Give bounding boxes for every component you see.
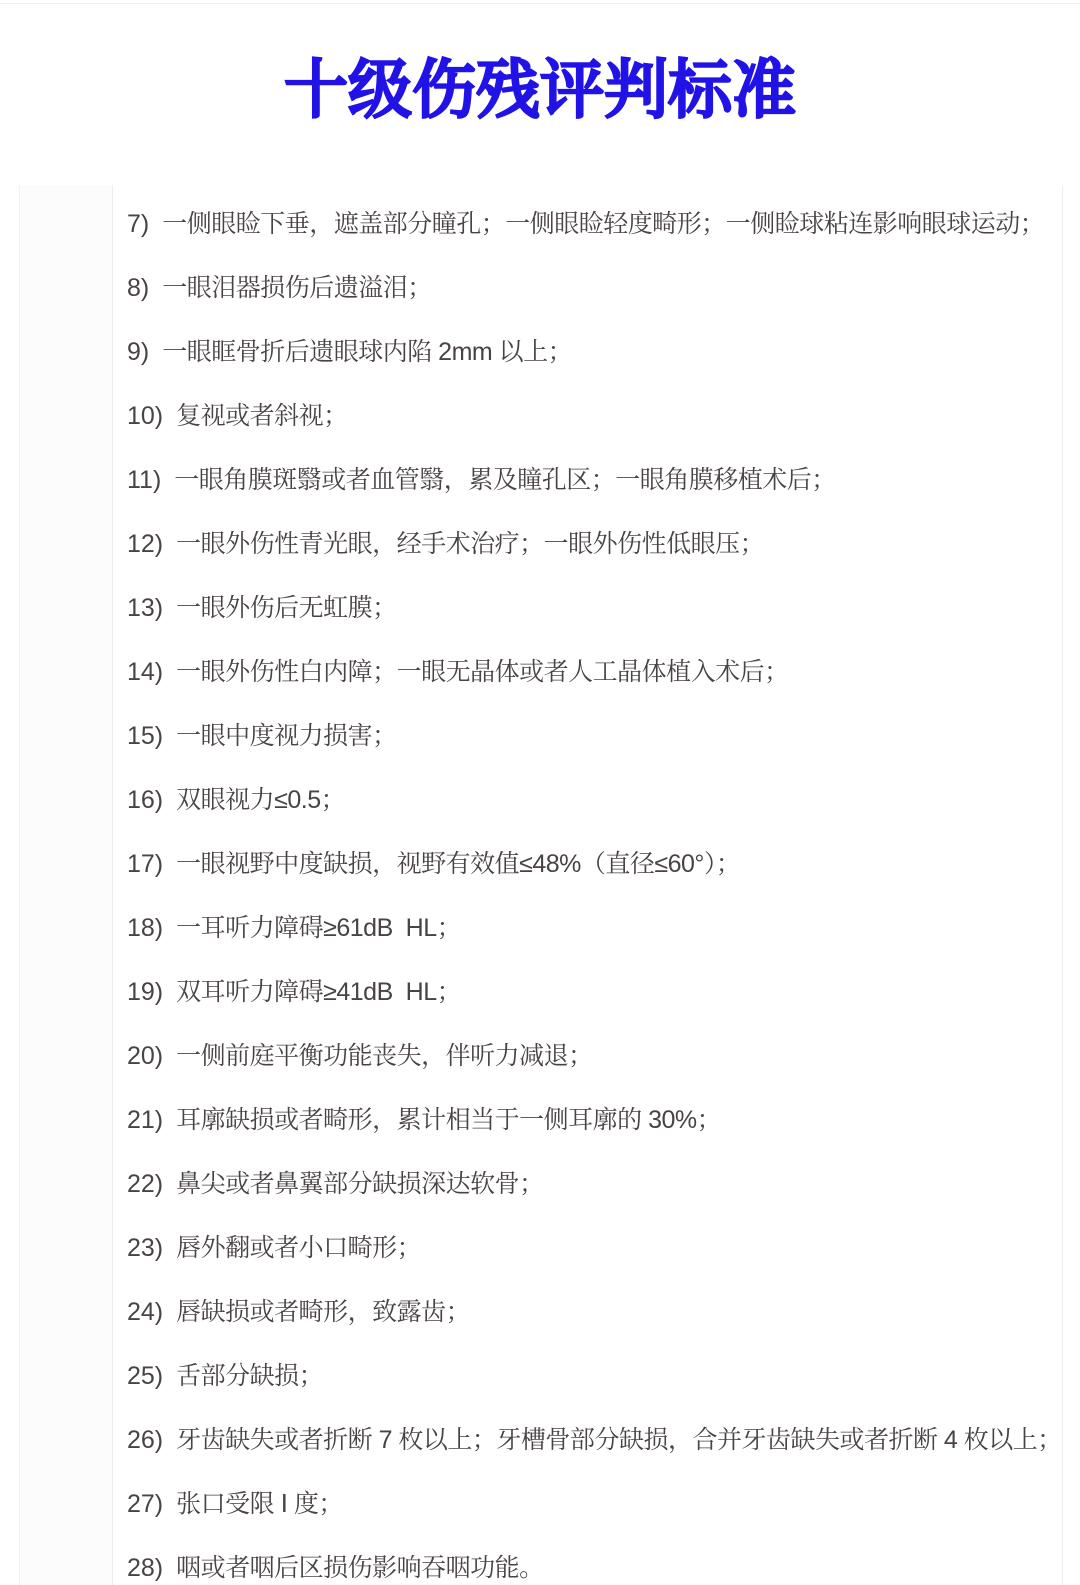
item-number: 9) (127, 337, 149, 367)
criteria-list-item: 28) 咽或者咽后区损伤影响吞咽功能。 (127, 1553, 1062, 1583)
criteria-list-item: 15) 一眼中度视力损害； (127, 721, 1062, 751)
item-text: 一眼视野中度缺损，视野有效值≤48%（直径≤60°）； (176, 849, 740, 879)
item-text: 一侧前庭平衡功能丧失，伴听力减退； (176, 1041, 593, 1071)
item-number: 11) (127, 465, 161, 495)
item-number: 10) (127, 401, 163, 431)
item-text: 咽或者咽后区损伤影响吞咽功能。 (176, 1553, 544, 1583)
item-number: 15) (127, 721, 163, 751)
item-number: 28) (127, 1553, 163, 1583)
item-number: 8) (127, 273, 149, 303)
item-text: 一眼中度视力损害； (176, 721, 397, 751)
item-number: 27) (127, 1489, 163, 1519)
item-text: 唇缺损或者畸形，致露齿； (176, 1297, 470, 1327)
item-number: 20) (127, 1041, 163, 1071)
item-text: 唇外翻或者小口畸形； (176, 1233, 421, 1263)
item-number: 23) (127, 1233, 163, 1263)
item-text: 耳廓缺损或者畸形，累计相当于一侧耳廓的 30%； (176, 1105, 721, 1135)
item-text: 一眼角膜斑翳或者血管翳，累及瞳孔区；一眼角膜移植术后； (174, 465, 836, 495)
criteria-list-item: 12) 一眼外伤性青光眼，经手术治疗；一眼外伤性低眼压； (127, 529, 1062, 559)
item-number: 21) (127, 1105, 163, 1135)
item-number: 19) (127, 977, 163, 1007)
criteria-list-item: 13) 一眼外伤后无虹膜； (127, 593, 1062, 623)
item-text: 一耳听力障碍≥61dB HL； (176, 913, 461, 943)
item-text: 一眼外伤性白内障；一眼无晶体或者人工晶体植入术后； (176, 657, 789, 687)
criteria-list-item: 11) 一眼角膜斑翳或者血管翳，累及瞳孔区；一眼角膜移植术后； (127, 465, 1062, 495)
item-text: 一眼外伤后无虹膜； (176, 593, 397, 623)
criteria-list-item: 20) 一侧前庭平衡功能丧失，伴听力减退； (127, 1041, 1062, 1071)
criteria-list-item: 27) 张口受限 Ⅰ 度； (127, 1489, 1062, 1519)
item-number: 18) (127, 913, 163, 943)
item-number: 24) (127, 1297, 163, 1327)
criteria-list-item: 22) 鼻尖或者鼻翼部分缺损深达软骨； (127, 1169, 1062, 1199)
item-text: 一侧眼睑下垂，遮盖部分瞳孔；一侧眼睑轻度畸形；一侧睑球粘连影响眼球运动； (162, 209, 1044, 239)
criteria-list-item: 25) 舌部分缺损； (127, 1361, 1062, 1391)
item-number: 14) (127, 657, 163, 687)
item-text: 张口受限 Ⅰ 度； (176, 1489, 343, 1519)
criteria-list-item: 19) 双耳听力障碍≥41dB HL； (127, 977, 1062, 1007)
item-number: 7) (127, 209, 149, 239)
item-number: 25) (127, 1361, 163, 1391)
item-text: 一眼外伤性青光眼，经手术治疗；一眼外伤性低眼压； (176, 529, 764, 559)
item-number: 16) (127, 785, 163, 815)
criteria-list-item: 7) 一侧眼睑下垂，遮盖部分瞳孔；一侧眼睑轻度畸形；一侧睑球粘连影响眼球运动； (127, 209, 1062, 239)
criteria-list-item: 24) 唇缺损或者畸形，致露齿； (127, 1297, 1062, 1327)
content-area: 7) 一侧眼睑下垂，遮盖部分瞳孔；一侧眼睑轻度畸形；一侧睑球粘连影响眼球运动； … (0, 185, 1080, 1585)
item-text: 牙齿缺失或者折断 7 枚以上；牙槽骨部分缺损，合并牙齿缺失或者折断 4 枚以上； (176, 1425, 1062, 1455)
criteria-list-item: 16) 双眼视力≤0.5； (127, 785, 1062, 815)
criteria-list-item: 26) 牙齿缺失或者折断 7 枚以上；牙槽骨部分缺损，合并牙齿缺失或者折断 4 … (127, 1425, 1062, 1455)
left-gutter (19, 185, 112, 1585)
item-text: 鼻尖或者鼻翼部分缺损深达软骨； (176, 1169, 544, 1199)
item-number: 12) (127, 529, 163, 559)
item-text: 双耳听力障碍≥41dB HL； (176, 977, 461, 1007)
item-text: 复视或者斜视； (176, 401, 348, 431)
item-text: 舌部分缺损； (176, 1361, 323, 1391)
criteria-list-item: 9) 一眼眶骨折后遗眼球内陷 2mm 以上； (127, 337, 1062, 367)
item-number: 17) (127, 849, 163, 879)
criteria-list-item: 17) 一眼视野中度缺损，视野有效值≤48%（直径≤60°）； (127, 849, 1062, 879)
criteria-list-item: 18) 一耳听力障碍≥61dB HL； (127, 913, 1062, 943)
criteria-list: 7) 一侧眼睑下垂，遮盖部分瞳孔；一侧眼睑轻度畸形；一侧睑球粘连影响眼球运动； … (113, 185, 1062, 1583)
criteria-list-item: 23) 唇外翻或者小口畸形； (127, 1233, 1062, 1263)
criteria-list-item: 8) 一眼泪器损伤后遗溢泪； (127, 273, 1062, 303)
item-number: 26) (127, 1425, 163, 1455)
criteria-list-item: 21) 耳廓缺损或者畸形，累计相当于一侧耳廓的 30%； (127, 1105, 1062, 1135)
item-text: 双眼视力≤0.5； (176, 785, 345, 815)
page-title: 十级伤残评判标准 (0, 0, 1080, 130)
item-number: 13) (127, 593, 163, 623)
criteria-list-item: 14) 一眼外伤性白内障；一眼无晶体或者人工晶体植入术后； (127, 657, 1062, 687)
item-text: 一眼眶骨折后遗眼球内陷 2mm 以上； (162, 337, 572, 367)
item-text: 一眼泪器损伤后遗溢泪； (162, 273, 432, 303)
item-number: 22) (127, 1169, 163, 1199)
criteria-list-item: 10) 复视或者斜视； (127, 401, 1062, 431)
document-header: 十级伤残评判标准 (0, 0, 1080, 185)
content-card: 7) 一侧眼睑下垂，遮盖部分瞳孔；一侧眼睑轻度畸形；一侧睑球粘连影响眼球运动； … (112, 185, 1063, 1585)
